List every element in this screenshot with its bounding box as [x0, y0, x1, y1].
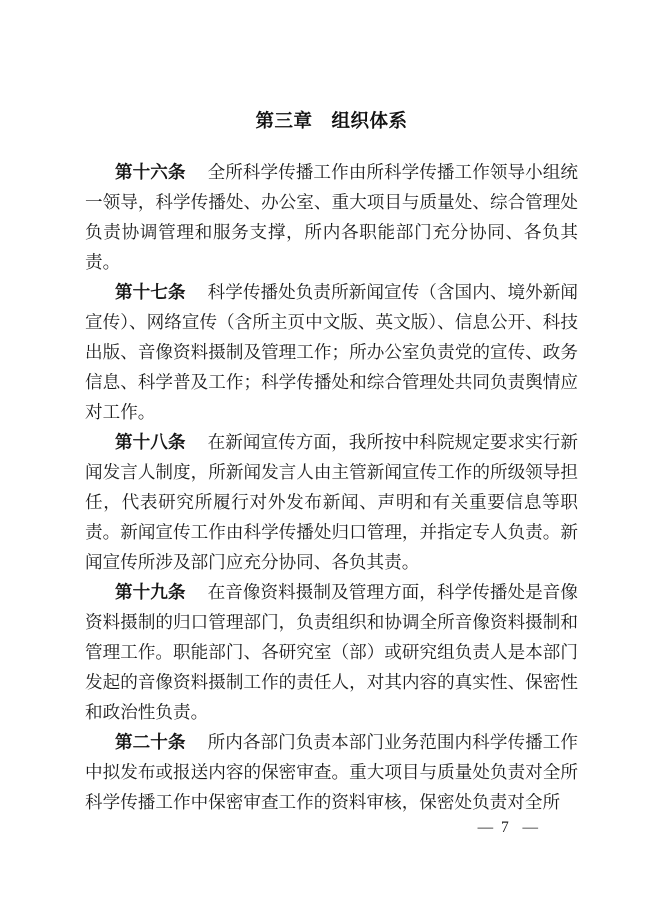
- page-number: — 7 —: [478, 817, 540, 839]
- document-page: 第三章 组织体系 第十六条全所科学传播工作由所科学传播工作领导小组统一领导，科学…: [0, 0, 650, 919]
- article-number: 第十八条: [115, 432, 186, 452]
- article-text: 在新闻宣传方面，我所按中科院规定要求实行新闻发言人制度，所新闻发言人由主管新闻宣…: [85, 432, 578, 572]
- article-number: 第十七条: [115, 282, 186, 302]
- page-content: 第三章 组织体系 第十六条全所科学传播工作由所科学传播工作领导小组统一领导，科学…: [85, 106, 578, 817]
- article-paragraph: 第二十条所内各部门负责本部门业务范围内科学传播工作中拟发布或报送内容的保密审查。…: [85, 727, 578, 817]
- article-paragraph: 第十八条在新闻宣传方面，我所按中科院规定要求实行新闻发言人制度，所新闻发言人由主…: [85, 427, 578, 577]
- article-paragraph: 第十九条在音像资料摄制及管理方面，科学传播处是音像资料摄制的归口管理部门，负责组…: [85, 577, 578, 727]
- article-text: 在音像资料摄制及管理方面，科学传播处是音像资料摄制的归口管理部门，负责组织和协调…: [85, 582, 578, 722]
- article-paragraph: 第十七条科学传播处负责所新闻宣传（含国内、境外新闻宣传）、网络宣传（含所主页中文…: [85, 277, 578, 427]
- chapter-title: 第三章 组织体系: [85, 106, 578, 136]
- article-number: 第十九条: [115, 582, 186, 602]
- article-paragraph: 第十六条全所科学传播工作由所科学传播工作领导小组统一领导，科学传播处、办公室、重…: [85, 157, 578, 277]
- article-number: 第二十条: [115, 732, 186, 752]
- article-text: 科学传播处负责所新闻宣传（含国内、境外新闻宣传）、网络宣传（含所主页中文版、英文…: [85, 282, 578, 422]
- article-number: 第十六条: [115, 162, 186, 182]
